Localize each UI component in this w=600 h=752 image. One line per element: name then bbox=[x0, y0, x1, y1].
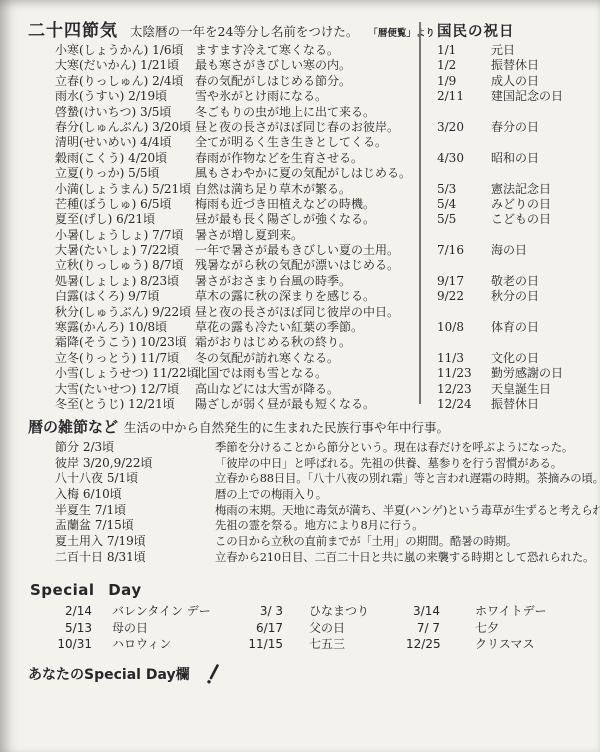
sekki-row: 立冬(りっとう) 11/7頃 冬の気配が訪れ寒くなる。 11/3 文化の日 bbox=[55, 351, 595, 366]
sekki-term-label: 夏至(げし) 6/21頃 bbox=[55, 212, 195, 227]
sekki-term-description: 高山などには大雪が降る。 bbox=[195, 382, 437, 397]
sekki-row: 白露(はくろ) 9/7頃 草木の露に秋の深まりを感じる。 9/22 秋分の日 bbox=[55, 289, 595, 304]
zassetsu-term-description: 立春から210日目、二百二十日と共に嵐の来襲する時期として恐れられた。 bbox=[215, 550, 595, 566]
sekki-row: 立夏(りっか) 5/5頃 風もさわやかに夏の気配がしはじめる。 bbox=[55, 166, 595, 181]
holiday-name bbox=[491, 258, 595, 273]
sekki-term-label: 啓蟄(けいちつ) 3/5頃 bbox=[55, 105, 195, 120]
sekki-row: 小満(しょうまん) 5/21頃 自然は満ち足り草木が繁る。 5/3 憲法記念日 bbox=[55, 182, 595, 197]
sekki-term-description: 自然は満ち足り草木が繁る。 bbox=[195, 182, 437, 197]
holiday-date bbox=[437, 166, 491, 181]
sekki-term-description: 昼と夜の長さがほぼ同じ春のお彼岸。 bbox=[195, 120, 437, 135]
sekki-term-description: 草木の露に秋の深まりを感じる。 bbox=[195, 289, 437, 304]
sekki-row: 小寒(しょうかん) 1/6頃 ますます冷えて寒くなる。 1/1 元日 bbox=[55, 43, 595, 58]
sekki-term-label: 小暑(しょうしょ) 7/7頃 bbox=[55, 228, 195, 243]
holiday-name: 体育の日 bbox=[491, 320, 595, 335]
special-day-name: ホワイトデー bbox=[440, 603, 585, 620]
sekki-term-label: 小雪(しょうせつ) 11/22頃 bbox=[55, 366, 195, 381]
zassetsu-term-label: 彼岸 3/20,9/22頃 bbox=[55, 456, 215, 472]
sekki-term-description: 春雨が作物などを生育させる。 bbox=[195, 151, 437, 166]
holiday-name bbox=[491, 166, 595, 181]
holiday-name: 振替休日 bbox=[491, 58, 595, 73]
sekki-row: 穀雨(こくう) 4/20頃 春雨が作物などを生育させる。 4/30 昭和の日 bbox=[55, 151, 595, 166]
sekki-row: 立春(りっしゅん) 2/4頃 春の気配がしはじめる節分。 1/9 成人の日 bbox=[55, 74, 595, 89]
holiday-name: 昭和の日 bbox=[491, 151, 595, 166]
holiday-date: 2/11 bbox=[437, 89, 491, 104]
holiday-name bbox=[491, 305, 595, 320]
zassetsu-term-description: 季節を分けることから節分という。現在は春だけを呼ぶようになった。 bbox=[215, 440, 595, 456]
sekki-term-label: 立冬(りっとう) 11/7頃 bbox=[55, 351, 195, 366]
sekki-term-description: 雪や氷がとけ雨になる。 bbox=[195, 89, 437, 104]
holiday-date: 1/9 bbox=[437, 74, 491, 89]
special-day-date: 7/ 7 bbox=[406, 620, 440, 637]
holiday-date: 9/22 bbox=[437, 289, 491, 304]
holiday-date: 10/8 bbox=[437, 320, 491, 335]
sekki-term-label: 立春(りっしゅん) 2/4頃 bbox=[55, 74, 195, 89]
sekki-row: 啓蟄(けいちつ) 3/5頃 冬ごもりの虫が地上に出て来る。 bbox=[55, 105, 595, 120]
holiday-name: 元日 bbox=[491, 43, 595, 58]
sekki-term-description: 冬ごもりの虫が地上に出て来る。 bbox=[195, 105, 437, 120]
holiday-date bbox=[437, 228, 491, 243]
holiday-date bbox=[437, 135, 491, 150]
sekki-term-label: 小寒(しょうかん) 1/6頃 bbox=[55, 43, 195, 58]
holiday-date: 9/17 bbox=[437, 274, 491, 289]
zassetsu-term-label: 半夏生 7/1頃 bbox=[55, 503, 215, 519]
sekki-term-description: 一年で暑さが最もきびしい夏の土用。 bbox=[195, 243, 437, 258]
sekki-term-description: 昼と夜の長さがほぼ同じ彼岸の中日。 bbox=[195, 305, 437, 320]
holiday-name: 振替休日 bbox=[491, 397, 595, 412]
sekki-term-description: 残暑ながら秋の気配が漂いはじめる。 bbox=[195, 258, 437, 273]
holiday-name: 秋分の日 bbox=[491, 289, 595, 304]
holiday-name: 憲法記念日 bbox=[491, 182, 595, 197]
holiday-date: 1/2 bbox=[437, 58, 491, 73]
sekki-row: 夏至(げし) 6/21頃 昼が最も長く陽ざしが強くなる。 5/5 こどもの日 bbox=[55, 212, 595, 227]
sekki-term-label: 霜降(そうこう) 10/23頃 bbox=[55, 335, 195, 350]
sekki-term-description: 最も寒さがきびしい寒の内。 bbox=[195, 58, 437, 73]
special-day-date: 11/15 bbox=[243, 636, 283, 653]
holiday-date: 5/5 bbox=[437, 212, 491, 227]
sekki-source-note: 「暦便覧」より bbox=[368, 25, 435, 39]
sekki-term-label: 立秋(りっしゅう) 8/7頃 bbox=[55, 258, 195, 273]
pencil-icon bbox=[206, 664, 220, 684]
sekki-row: 清明(せいめい) 4/4頃 全てが明るく生き生きとしてくる。 bbox=[55, 135, 595, 150]
special-day-date: 2/14 bbox=[40, 603, 92, 620]
zassetsu-row: 盂蘭盆 7/15頃 先祖の霊を祭る。地方により8月に行う。 bbox=[55, 518, 595, 534]
holiday-date: 12/23 bbox=[437, 382, 491, 397]
sekki-term-label: 秋分(しゅうぶん) 9/22頃 bbox=[55, 305, 195, 320]
your-special-day-label: あなたのSpecial Day欄 bbox=[28, 664, 190, 684]
sekki-row: 大暑(たいしょ) 7/22頃 一年で暑さが最もきびしい夏の土用。 7/16 海の… bbox=[55, 243, 595, 258]
sekki-row: 小暑(しょうしょ) 7/7頃 暑さが増し夏到来。 bbox=[55, 228, 595, 243]
zassetsu-term-label: 入梅 6/10頃 bbox=[55, 487, 215, 503]
zassetsu-term-description: 「彼岸の中日」と呼ばれる。先祖の供養、墓参りを行う習慣がある。 bbox=[215, 456, 595, 472]
sekki-row: 大寒(だいかん) 1/21頃 最も寒さがきびしい寒の内。 1/2 振替休日 bbox=[55, 58, 595, 73]
holiday-date: 4/30 bbox=[437, 151, 491, 166]
sekki-term-label: 立夏(りっか) 5/5頃 bbox=[55, 166, 195, 181]
holiday-date bbox=[437, 305, 491, 320]
holiday-name: 成人の日 bbox=[491, 74, 595, 89]
holiday-date bbox=[437, 105, 491, 120]
holiday-name: 文化の日 bbox=[491, 351, 595, 366]
holiday-name: みどりの日 bbox=[491, 197, 595, 212]
sekki-term-description: 昼が最も長く陽ざしが強くなる。 bbox=[195, 212, 437, 227]
sekki-term-description: 陽ざしが弱く昼が最も短くなる。 bbox=[195, 397, 437, 412]
holiday-date: 5/3 bbox=[437, 182, 491, 197]
zassetsu-term-description: 暦の上での梅雨入り。 bbox=[215, 487, 595, 503]
sekki-term-description: 春の気配がしはじめる節分。 bbox=[195, 74, 437, 89]
zassetsu-term-description: この日から立秋の直前までが「土用」の期間。酷暑の時期。 bbox=[215, 534, 595, 550]
sekki-term-label: 処暑(しょしょ) 8/23頃 bbox=[55, 274, 195, 289]
holiday-name: 建国記念の日 bbox=[491, 89, 595, 104]
special-day-name: 七夕 bbox=[440, 620, 585, 637]
sekki-term-label: 芒種(ぼうしゅ) 6/5頃 bbox=[55, 197, 195, 212]
special-day-name: 母の日 bbox=[92, 620, 243, 637]
special-day-name: 父の日 bbox=[283, 620, 406, 637]
sekki-term-label: 大寒(だいかん) 1/21頃 bbox=[55, 58, 195, 73]
zassetsu-row: 入梅 6/10頃 暦の上での梅雨入り。 bbox=[55, 487, 595, 503]
zassetsu-row: 半夏生 7/1頃 梅雨の末期。天地に毒気が満ち、半夏(ハンゲ)という毒草が生ずる… bbox=[55, 503, 595, 519]
sekki-row: 立秋(りっしゅう) 8/7頃 残暑ながら秋の気配が漂いはじめる。 bbox=[55, 258, 595, 273]
holiday-name bbox=[491, 335, 595, 350]
zassetsu-row: 八十八夜 5/1頃 立春から88日目。「八十八夜の別れ霜」等と言われ遅霜の時期。… bbox=[55, 471, 595, 487]
holiday-date: 11/23 bbox=[437, 366, 491, 381]
zassetsu-term-label: 二百十日 8/31頃 bbox=[55, 550, 215, 566]
sekki-row: 雨水(うすい) 2/19頃 雪や氷がとけ雨になる。 2/11 建国記念の日 bbox=[55, 89, 595, 104]
sekki-term-label: 清明(せいめい) 4/4頃 bbox=[55, 135, 195, 150]
sekki-term-description: 霜がおりはじめる秋の終り。 bbox=[195, 335, 437, 350]
sekki-term-description: 梅雨も近づき田植えなどの時機。 bbox=[195, 197, 437, 212]
sekki-row: 処暑(しょしょ) 8/23頃 暑さがおさまり台風の時季。 9/17 敬老の日 bbox=[55, 274, 595, 289]
holiday-date: 1/1 bbox=[437, 43, 491, 58]
sekki-row: 秋分(しゅうぶん) 9/22頃 昼と夜の長さがほぼ同じ彼岸の中日。 bbox=[55, 305, 595, 320]
sekki-term-description: 暑さが増し夏到来。 bbox=[195, 228, 437, 243]
sekki-term-label: 大雪(たいせつ) 12/7頃 bbox=[55, 382, 195, 397]
zassetsu-term-label: 夏土用入 7/19頃 bbox=[55, 534, 215, 550]
holiday-date: 5/4 bbox=[437, 197, 491, 212]
sekki-row: 冬至(とうじ) 12/21頃 陽ざしが弱く昼が最も短くなる。 12/24 振替休… bbox=[55, 397, 595, 412]
special-day-name: 七五三 bbox=[283, 636, 406, 653]
special-day-date: 12/25 bbox=[406, 636, 440, 653]
zassetsu-term-label: 節分 2/3頃 bbox=[55, 440, 215, 456]
holiday-name: 春分の日 bbox=[491, 120, 595, 135]
holiday-date: 12/24 bbox=[437, 397, 491, 412]
holiday-date: 11/3 bbox=[437, 351, 491, 366]
holiday-name: 勤労感謝の日 bbox=[491, 366, 595, 381]
sekki-term-description: 冬の気配が訪れ寒くなる。 bbox=[195, 351, 437, 366]
sekki-term-label: 穀雨(こくう) 4/20頃 bbox=[55, 151, 195, 166]
sekki-row: 芒種(ぼうしゅ) 6/5頃 梅雨も近づき田植えなどの時機。 5/4 みどりの日 bbox=[55, 197, 595, 212]
zassetsu-term-label: 八十八夜 5/1頃 bbox=[55, 471, 215, 487]
zassetsu-table: 節分 2/3頃 季節を分けることから節分という。現在は春だけを呼ぶようになった。… bbox=[55, 440, 595, 566]
special-day-date: 10/31 bbox=[40, 636, 92, 653]
sekki-table: 小寒(しょうかん) 1/6頃 ますます冷えて寒くなる。 1/1 元日 大寒(だい… bbox=[55, 43, 595, 412]
special-day-name: ハロウィン bbox=[92, 636, 243, 653]
sekki-term-description: 全てが明るく生き生きとしてくる。 bbox=[195, 135, 437, 150]
holidays-section-title: 国民の祝日 bbox=[437, 20, 515, 41]
holiday-date: 3/20 bbox=[437, 120, 491, 135]
zassetsu-row: 二百十日 8/31頃 立春から210日目、二百二十日と共に嵐の来襲する時期として… bbox=[55, 550, 595, 566]
holiday-name: こどもの日 bbox=[491, 212, 595, 227]
sekki-term-label: 春分(しゅんぶん) 3/20頃 bbox=[55, 120, 195, 135]
zassetsu-term-description: 立春から88日目。「八十八夜の別れ霜」等と言われ遅霜の時期。茶摘みの頃。 bbox=[215, 471, 600, 487]
sekki-term-label: 寒露(かんろ) 10/8頃 bbox=[55, 320, 195, 335]
zassetsu-row: 節分 2/3頃 季節を分けることから節分という。現在は春だけを呼ぶようになった。 bbox=[55, 440, 595, 456]
holiday-date bbox=[437, 258, 491, 273]
holiday-name bbox=[491, 135, 595, 150]
special-day-name: ひなまつり bbox=[283, 603, 406, 620]
sekki-row: 寒露(かんろ) 10/8頃 草花の露も冷たい紅葉の季節。 10/8 体育の日 bbox=[55, 320, 595, 335]
sekki-term-label: 雨水(うすい) 2/19頃 bbox=[55, 89, 195, 104]
zassetsu-term-label: 盂蘭盆 7/15頃 bbox=[55, 518, 215, 534]
zassetsu-term-description: 梅雨の末期。天地に毒気が満ち、半夏(ハンゲ)という毒草が生ずると考えられた。 bbox=[215, 503, 600, 519]
zassetsu-section-subtitle: 生活の中から自然発生的に生まれた民族行事や年中行事。 bbox=[124, 418, 449, 436]
special-day-name: クリスマス bbox=[440, 636, 585, 653]
zassetsu-section-title: 暦の雑節など bbox=[28, 416, 118, 437]
sekki-row: 霜降(そうこう) 10/23頃 霜がおりはじめる秋の終り。 bbox=[55, 335, 595, 350]
sekki-term-description: 暑さがおさまり台風の時季。 bbox=[195, 274, 437, 289]
sekki-section-title: 二十四節気 bbox=[28, 16, 118, 41]
special-day-name: バレンタイン デー bbox=[92, 603, 243, 620]
sekki-term-description: 草花の露も冷たい紅葉の季節。 bbox=[195, 320, 437, 335]
sekki-row: 春分(しゅんぶん) 3/20頃 昼と夜の長さがほぼ同じ春のお彼岸。 3/20 春… bbox=[55, 120, 595, 135]
sekki-term-description: 風もさわやかに夏の気配がしはじめる。 bbox=[195, 166, 437, 181]
zassetsu-term-description: 先祖の霊を祭る。地方により8月に行う。 bbox=[215, 518, 595, 534]
sekki-section-subtitle: 太陰暦の一年を24等分し名前をつけた。 bbox=[130, 22, 358, 40]
holiday-name: 海の日 bbox=[491, 243, 595, 258]
holiday-name bbox=[491, 105, 595, 120]
sekki-term-label: 大暑(たいしょ) 7/22頃 bbox=[55, 243, 195, 258]
holiday-date bbox=[437, 335, 491, 350]
zassetsu-row: 彼岸 3/20,9/22頃 「彼岸の中日」と呼ばれる。先祖の供養、墓参りを行う習… bbox=[55, 456, 595, 472]
sekki-term-description: ますます冷えて寒くなる。 bbox=[195, 43, 437, 58]
holiday-name bbox=[491, 228, 595, 243]
sekki-row: 小雪(しょうせつ) 11/22頃 北国では雨も雪となる。 11/23 勤労感謝の… bbox=[55, 366, 595, 381]
special-day-date: 5/13 bbox=[40, 620, 92, 637]
holiday-name: 敬老の日 bbox=[491, 274, 595, 289]
special-day-date: 3/14 bbox=[406, 603, 440, 620]
zassetsu-row: 夏土用入 7/19頃 この日から立秋の直前までが「土用」の期間。酷暑の時期。 bbox=[55, 534, 595, 550]
holiday-name: 天皇誕生日 bbox=[491, 382, 595, 397]
special-day-date: 3/ 3 bbox=[243, 603, 283, 620]
sekki-term-label: 白露(はくろ) 9/7頃 bbox=[55, 289, 195, 304]
scanned-calendar-page: 二十四節気 太陰暦の一年を24等分し名前をつけた。 「暦便覧」より 国民の祝日 … bbox=[0, 0, 600, 752]
zassetsu-title-bar: 暦の雑節など 生活の中から自然発生的に生まれた民族行事や年中行事。 bbox=[28, 416, 449, 437]
sekki-term-label: 小満(しょうまん) 5/21頃 bbox=[55, 182, 195, 197]
your-special-day-row: あなたのSpecial Day欄 bbox=[28, 664, 220, 684]
sekki-term-label: 冬至(とうじ) 12/21頃 bbox=[55, 397, 195, 412]
sekki-row: 大雪(たいせつ) 12/7頃 高山などには大雪が降る。 12/23 天皇誕生日 bbox=[55, 382, 595, 397]
holiday-date: 7/16 bbox=[437, 243, 491, 258]
special-day-date: 6/17 bbox=[243, 620, 283, 637]
special-day-section-title: Special Day bbox=[30, 581, 142, 599]
sekki-term-description: 北国では雨も雪となる。 bbox=[195, 366, 437, 381]
sekki-title-bar: 二十四節気 太陰暦の一年を24等分し名前をつけた。 「暦便覧」より bbox=[28, 16, 435, 41]
special-day-grid: 2/14バレンタイン デー 3/ 3ひなまつり 3/14ホワイトデー 5/13母… bbox=[40, 603, 585, 653]
